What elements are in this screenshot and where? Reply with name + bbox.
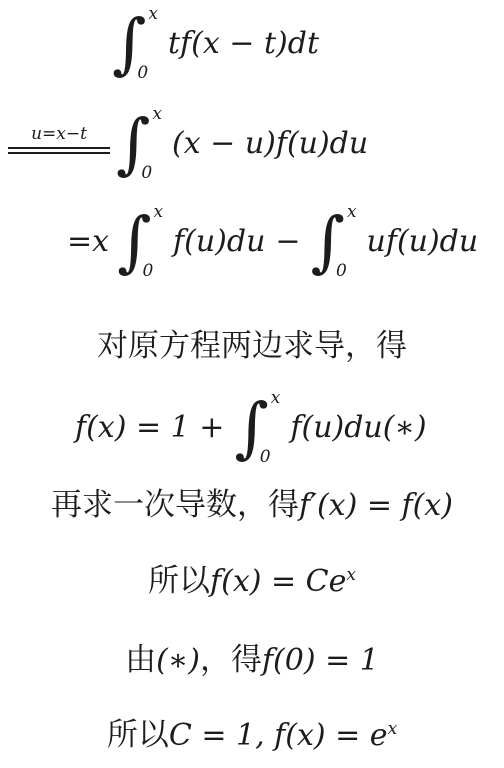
exponent: x (346, 565, 356, 585)
chinese-text: 对原方程两边求导，得 (97, 328, 407, 364)
integral-lower-limit: 0 (137, 65, 148, 82)
integral-symbol: ∫ x 0 (117, 200, 163, 284)
integral-limits: x 0 (146, 5, 158, 83)
integrand: tf(x − t)dt (168, 29, 319, 59)
integral-symbol: ∫ x 0 (311, 200, 357, 284)
integral-upper-limit: x (152, 106, 162, 123)
chinese-text: 所以 (148, 563, 210, 599)
integral-limits: x 0 (269, 389, 281, 467)
comment-second-derivative: 再求一次导数，得f′(x) = f(x) (0, 486, 504, 525)
substitution-label: u=x−t (31, 126, 87, 143)
equation-line-3: =x ∫ x 0 f(u)du − ∫ x 0 uf(u)du (67, 200, 478, 284)
chinese-text: 所以 (107, 717, 169, 753)
equation-line-2: u=x−t ∫ x 0 (x − u)f(u)du (8, 102, 368, 186)
integral-symbol: ∫ x 0 (116, 102, 162, 186)
integral-upper-limit: x (347, 204, 357, 221)
inline-math: f(0) = 1 (262, 643, 379, 678)
integral-upper-limit: x (148, 6, 158, 23)
integral-lower-limit: 0 (141, 165, 152, 182)
integrand: f(u)du (173, 227, 265, 257)
final-answer-line: 所以C = 1, f(x) = ex (0, 716, 504, 759)
comment-differentiate: 对原方程两边求导，得 (0, 327, 504, 366)
integral-limits: x 0 (345, 203, 357, 281)
substitution-equals: u=x−t (8, 126, 110, 154)
integral-symbol: ∫ x 0 (112, 2, 158, 86)
integral-limits: x 0 (150, 105, 162, 183)
integral-upper-limit: x (271, 390, 281, 407)
integral-lower-limit: 0 (336, 263, 347, 280)
fx-equals-one-plus: f(x) = 1 + (75, 413, 224, 443)
equation-line-5: f(x) = 1 + ∫ x 0 f(u)du(∗) (75, 386, 427, 470)
inline-math: C = 1, f(x) = e (169, 718, 388, 753)
chinese-text: ，得 (200, 642, 262, 678)
equation-line-1: ∫ x 0 tf(x − t)dt (112, 2, 319, 86)
star-reference: (∗) (156, 643, 200, 678)
inline-math: f(x) = Ce (210, 564, 346, 599)
integral-lower-limit: 0 (142, 263, 153, 280)
integrand: uf(u)du (367, 227, 479, 257)
chinese-text: 再求一次导数，得 (51, 487, 299, 523)
inline-math: f′(x) = f(x) (299, 488, 453, 523)
integral-lower-limit: 0 (260, 449, 271, 466)
equals-x-term: =x (67, 227, 109, 257)
initial-condition-line: 由(∗)，得f(0) = 1 (0, 641, 504, 680)
double-equals-line (8, 147, 110, 154)
integral-limits: x 0 (151, 203, 163, 281)
integrand: (x − u)f(u)du (172, 129, 368, 159)
math-derivation-page: ∫ x 0 tf(x − t)dt u=x−t ∫ x 0 (x − u)f(u… (0, 0, 504, 768)
minus-operator: − (275, 227, 300, 257)
integrand-with-star: f(u)du(∗) (290, 413, 426, 443)
chinese-text: 由 (125, 642, 156, 678)
exponent: x (388, 719, 398, 739)
integral-symbol: ∫ x 0 (234, 386, 280, 470)
conclusion-general-solution: 所以f(x) = Cex (0, 562, 504, 605)
integral-upper-limit: x (153, 204, 163, 221)
